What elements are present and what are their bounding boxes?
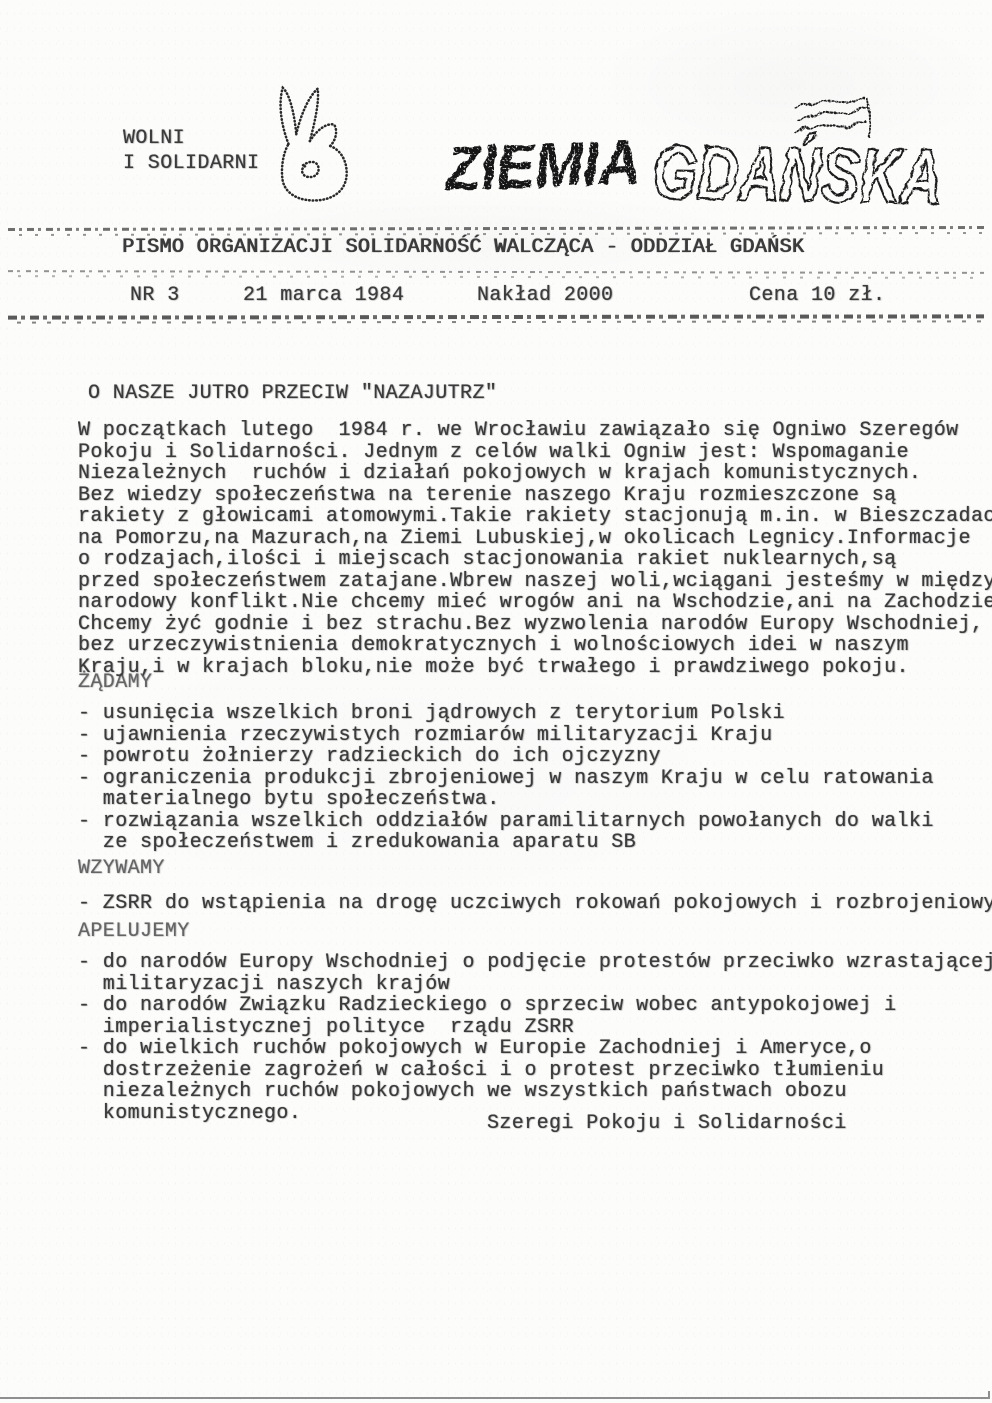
issue-date: 21 marca 1984 (243, 285, 404, 307)
divider-line-bottom (8, 314, 984, 325)
price: Cena 10 zł. (749, 285, 885, 307)
hand-fist (282, 144, 347, 201)
logo-word-ziemia: ZIEMIA (442, 128, 641, 204)
article-signature: Szeregi Pokoju i Solidarności (487, 1113, 847, 1135)
issue-number: NR 3 (130, 285, 180, 307)
newspaper-title-logo: ZIEMIA GDAŃSKA (442, 92, 942, 212)
masthead-slogan: WOLNI I SOLIDARNI (123, 126, 259, 176)
issue-info-row: NR 3 21 marca 1984 Nakład 2000 Cena 10 z… (0, 285, 992, 309)
logo-word-gdanska: GDAŃSKA (652, 130, 942, 212)
article-intro-paragraph: W początkach lutego 1984 r. we Wrocławiu… (78, 420, 992, 678)
scanned-newspaper-page: WOLNI I SOLIDARNI ZIEMIA GDAŃSKA (0, 0, 992, 1403)
article-headline: O NASZE JUTRO PRZECIW "NAZAJUTRZ" (88, 383, 497, 405)
section-label-wzywamy: WZYWAMY (78, 858, 165, 880)
section-items-wzywamy: - ZSRR do wstąpienia na drogę uczciwych … (78, 893, 992, 915)
section-items-zadamy: - usunięcia wszelkich broni jądrowych z … (78, 703, 992, 854)
hand-thumb (302, 162, 318, 177)
hand-finger-left (281, 88, 297, 144)
circulation: Nakład 2000 (477, 285, 613, 307)
section-label-apelujemy: APELUJEMY (78, 921, 190, 943)
victory-hand-icon (256, 80, 354, 206)
section-items-apelujemy: - do narodów Europy Wschodniej o podjęci… (78, 952, 992, 1124)
section-label-zadamy: ŻĄDAMY (78, 672, 152, 694)
divider-line-middle (8, 270, 984, 280)
newspaper-subtitle: PISMO ORGANIZACJI SOLIDARNOŚĆ WALCZĄCA -… (122, 237, 804, 259)
hand-finger-right (296, 89, 318, 141)
scan-border (0, 1397, 990, 1399)
